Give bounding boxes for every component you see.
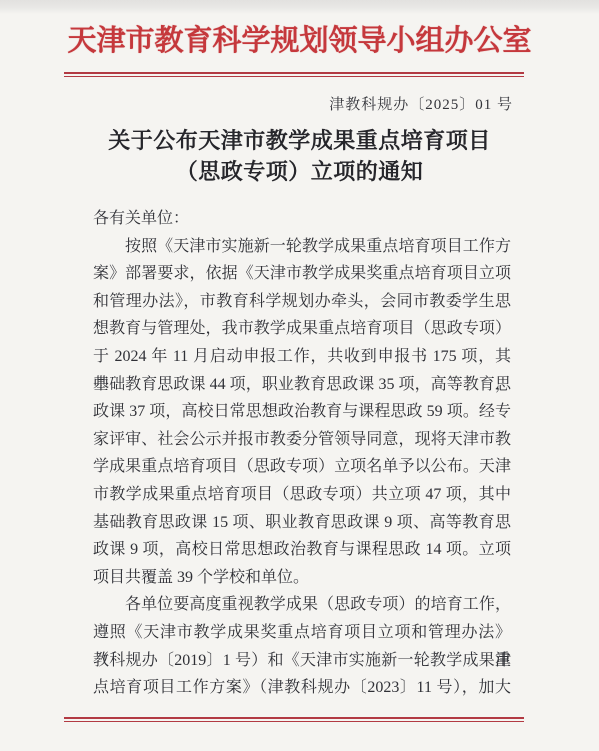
body-line: 学成果重点培育项目（思政专项）立项名单予以公布。天津	[93, 453, 511, 481]
body-line: 政课 9 项，高校日常思想政治教育与课程思政 14 项。立项	[93, 536, 511, 564]
body-line: 各有关单位：	[93, 205, 511, 233]
body-line: 想教育与管理处，我市教学成果重点培育项目（思政专项）	[93, 315, 511, 343]
notice-body: 各有关单位：按照《天津市实施新一轮教学成果重点培育项目工作方案》部署要求，依据《…	[93, 205, 511, 702]
body-line: 市教学成果重点培育项目（思政专项）共立项 47 项，其中	[93, 481, 511, 509]
body-line: 基础教育思政课 15 项、职业教育思政课 9 项、高等教育思	[93, 509, 511, 537]
body-line: 项目共覆盖 39 个学校和单位。	[93, 564, 511, 592]
scan-artifact-top	[0, 0, 599, 14]
letterhead-rule	[64, 72, 524, 77]
document-number: 津教科规办〔2025〕01 号	[329, 96, 513, 114]
document-page: 天津市教育科学规划领导小组办公室 津教科规办〔2025〕01 号 关于公布天津市…	[0, 0, 599, 751]
body-line: 于 2024 年 11 月启动申报工作，共收到申报书 175 项，其中，	[93, 343, 511, 371]
body-line: 遵照《天津市教学成果奖重点培育项目立项和管理办法》（津	[93, 619, 511, 647]
body-line: 按照《天津市实施新一轮教学成果重点培育项目工作方	[93, 233, 511, 261]
body-line: 和管理办法》，市教育科学规划办牵头，会同市教委学生思	[93, 288, 511, 316]
body-line: 基础教育思政课 44 项，职业教育思政课 35 项，高等教育思	[93, 371, 511, 399]
notice-title: 关于公布天津市教学成果重点培育项目 （思政专项）立项的通知	[0, 125, 599, 187]
footer-rule	[64, 717, 524, 722]
letterhead-title: 天津市教育科学规划领导小组办公室	[0, 21, 599, 61]
body-line: 教科规办〔2019〕1 号）和《天津市实施新一轮教学成果重	[93, 647, 511, 675]
body-line: 家评审、社会公示并报市教委分管领导同意，现将天津市教	[93, 426, 511, 454]
body-line: 政课 37 项，高校日常思想政治教育与课程思政 59 项。经专	[93, 398, 511, 426]
body-line: 各单位要高度重视教学成果（思政专项）的培育工作，	[93, 591, 511, 619]
body-line: 点培育项目工作方案》（津教科规办〔2023〕11 号），加大	[93, 674, 511, 702]
body-line: 案》部署要求，依据《天津市教学成果奖重点培育项目立项	[93, 260, 511, 288]
notice-title-line1: 关于公布天津市教学成果重点培育项目	[108, 128, 491, 153]
notice-title-line2: （思政专项）立项的通知	[176, 159, 424, 184]
